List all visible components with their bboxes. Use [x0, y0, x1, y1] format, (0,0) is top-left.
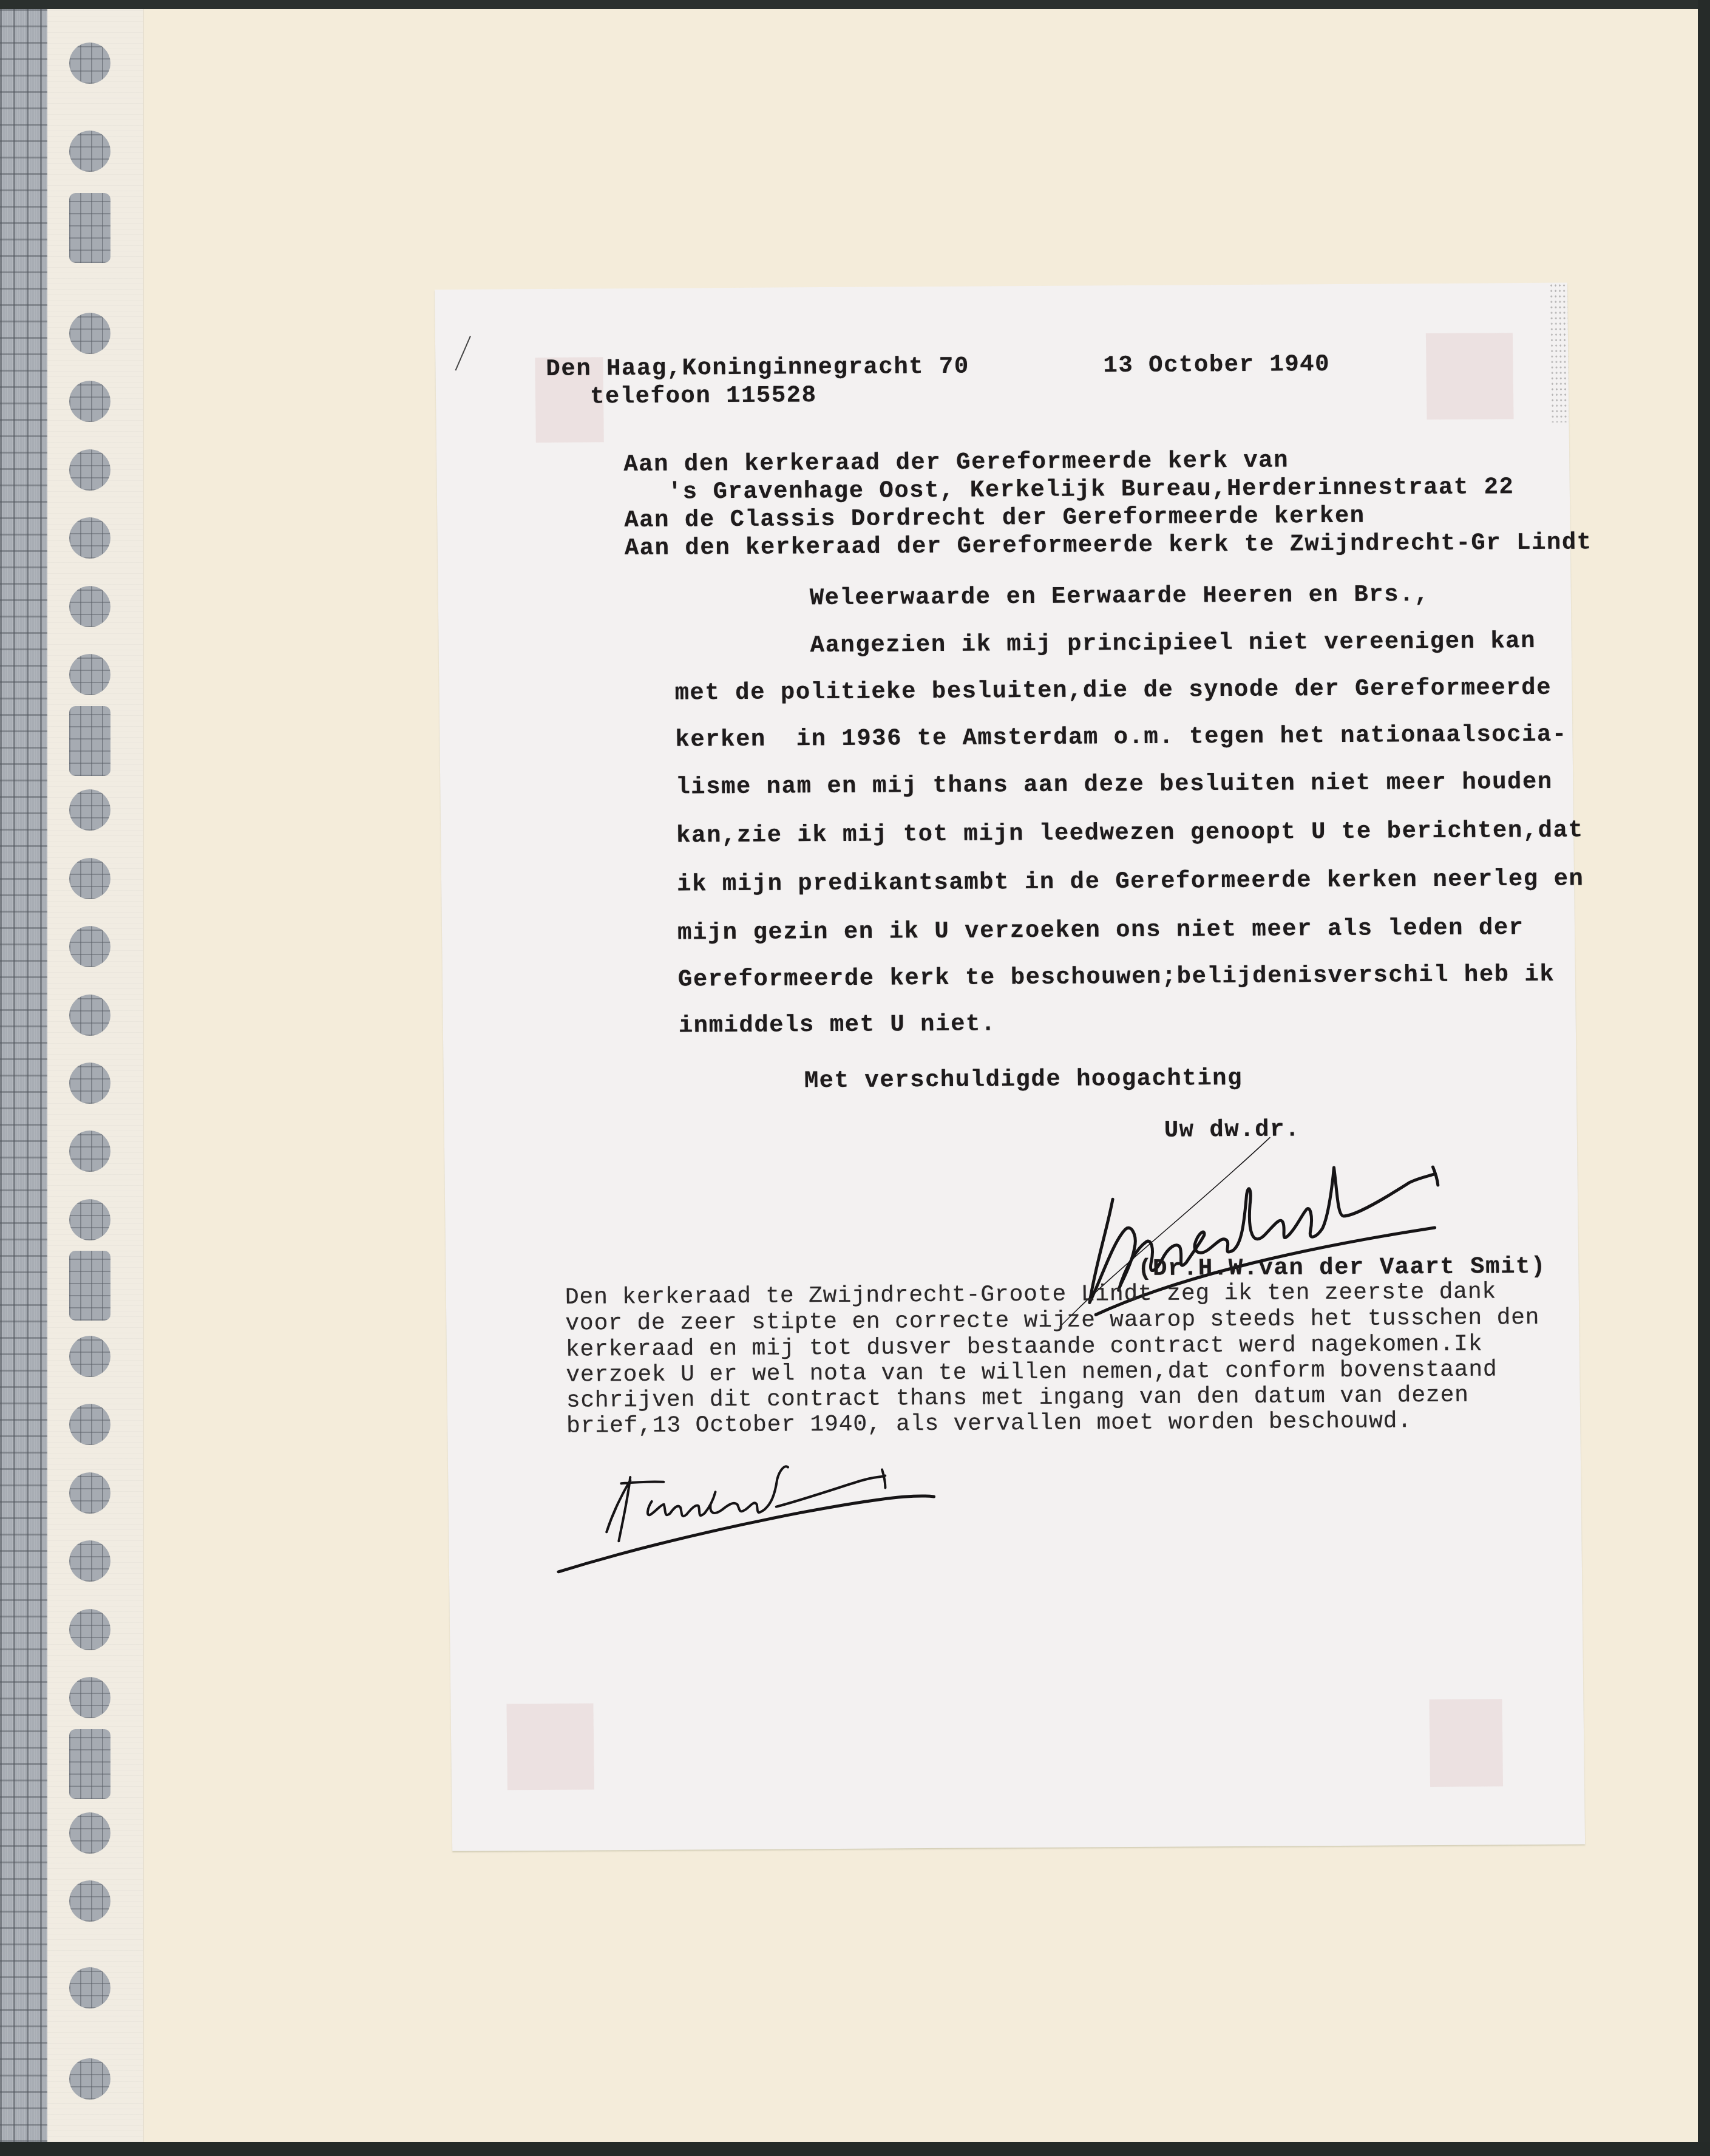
closing: Met verschuldigde hoogachting [804, 1065, 1243, 1094]
punch-hole [69, 1540, 110, 1582]
punch-hole [69, 1251, 110, 1321]
punch-hole [69, 1472, 110, 1514]
letter-date: 13 October 1940 [1103, 351, 1330, 379]
tape-mark-bottom-left [506, 1703, 594, 1790]
punch-hole [69, 131, 110, 172]
punch-hole [69, 586, 110, 627]
punch-hole [69, 1729, 110, 1799]
body-line: Gereformeerde kerk te beschouwen;belijde… [678, 961, 1555, 993]
recipient-line: Aan den kerkeraad der Gereformeerde kerk… [623, 447, 1289, 478]
punch-hole [69, 2058, 110, 2100]
body-line: Aangezien ik mij principieel niet vereen… [810, 628, 1536, 659]
punch-hole [69, 1336, 110, 1377]
copy-edge-noise [1549, 283, 1569, 423]
sender-address: Den Haag,Koninginnegracht 70 [546, 353, 969, 383]
body-line: lisme nam en mij thans aan deze besluite… [676, 769, 1553, 801]
punch-hole [69, 1063, 110, 1104]
punch-hole [69, 1131, 110, 1172]
recipient-line: Aan den kerkeraad der Gereformeerde kerk… [625, 529, 1592, 562]
binder-fabric-spine [0, 9, 47, 2142]
punch-hole [69, 449, 110, 491]
punch-hole [69, 1609, 110, 1650]
signatory-name: (Dr.H.W.van der Vaart Smit) [1138, 1253, 1546, 1282]
body-line: met de politieke besluiten,die de synode… [674, 675, 1552, 707]
recipient-line: 's Gravenhage Oost, Kerkelijk Bureau,Her… [668, 474, 1515, 506]
punch-hole [69, 706, 110, 776]
body-line: kan,zie ik mij tot mijn leedwezen genoop… [676, 817, 1584, 849]
punch-hole [69, 926, 110, 967]
punch-hole [69, 517, 110, 559]
body-line: ik mijn predikantsambt in de Gereformeer… [677, 865, 1584, 897]
recipient-line: Aan de Classis Dordrecht der Gereformeer… [624, 503, 1365, 534]
punch-hole [69, 1199, 110, 1240]
scan-frame-right [1698, 0, 1710, 2156]
punch-hole [69, 1967, 110, 2008]
tape-mark-top-right [1426, 333, 1514, 420]
scan-frame-top [0, 0, 1710, 9]
punch-hole [69, 1812, 110, 1854]
punch-hole [69, 313, 110, 354]
stray-pen-mark [455, 336, 471, 371]
scan-frame-bottom [0, 2142, 1710, 2156]
punch-hole [69, 789, 110, 831]
punch-hole [69, 43, 110, 84]
letter-photocopy: Den Haag,Koninginnegracht 70 13 October … [435, 283, 1585, 1851]
body-line: kerken in 1936 te Amsterdam o.m. tegen h… [675, 721, 1567, 753]
body-line: inmiddels met U niet. [679, 1010, 996, 1039]
postscript-line: brief,13 October 1940, als vervallen moe… [566, 1408, 1412, 1440]
punch-hole [69, 381, 110, 422]
punch-hole [69, 995, 110, 1036]
punch-hole [69, 1880, 110, 1922]
punch-hole [69, 193, 110, 263]
tape-mark-bottom-right [1429, 1699, 1503, 1787]
sender-phone: telefoon 115528 [590, 382, 817, 410]
punch-hole [69, 858, 110, 899]
punch-hole [69, 1404, 110, 1445]
salutation: Weleerwaarde en Eerwaarde Heeren en Brs.… [810, 581, 1430, 611]
punch-hole [69, 1677, 110, 1718]
punch-hole [69, 654, 110, 695]
body-line: mijn gezin en ik U verzoeken ons niet me… [677, 914, 1524, 947]
postscript-handwritten-signature [545, 1445, 984, 1587]
